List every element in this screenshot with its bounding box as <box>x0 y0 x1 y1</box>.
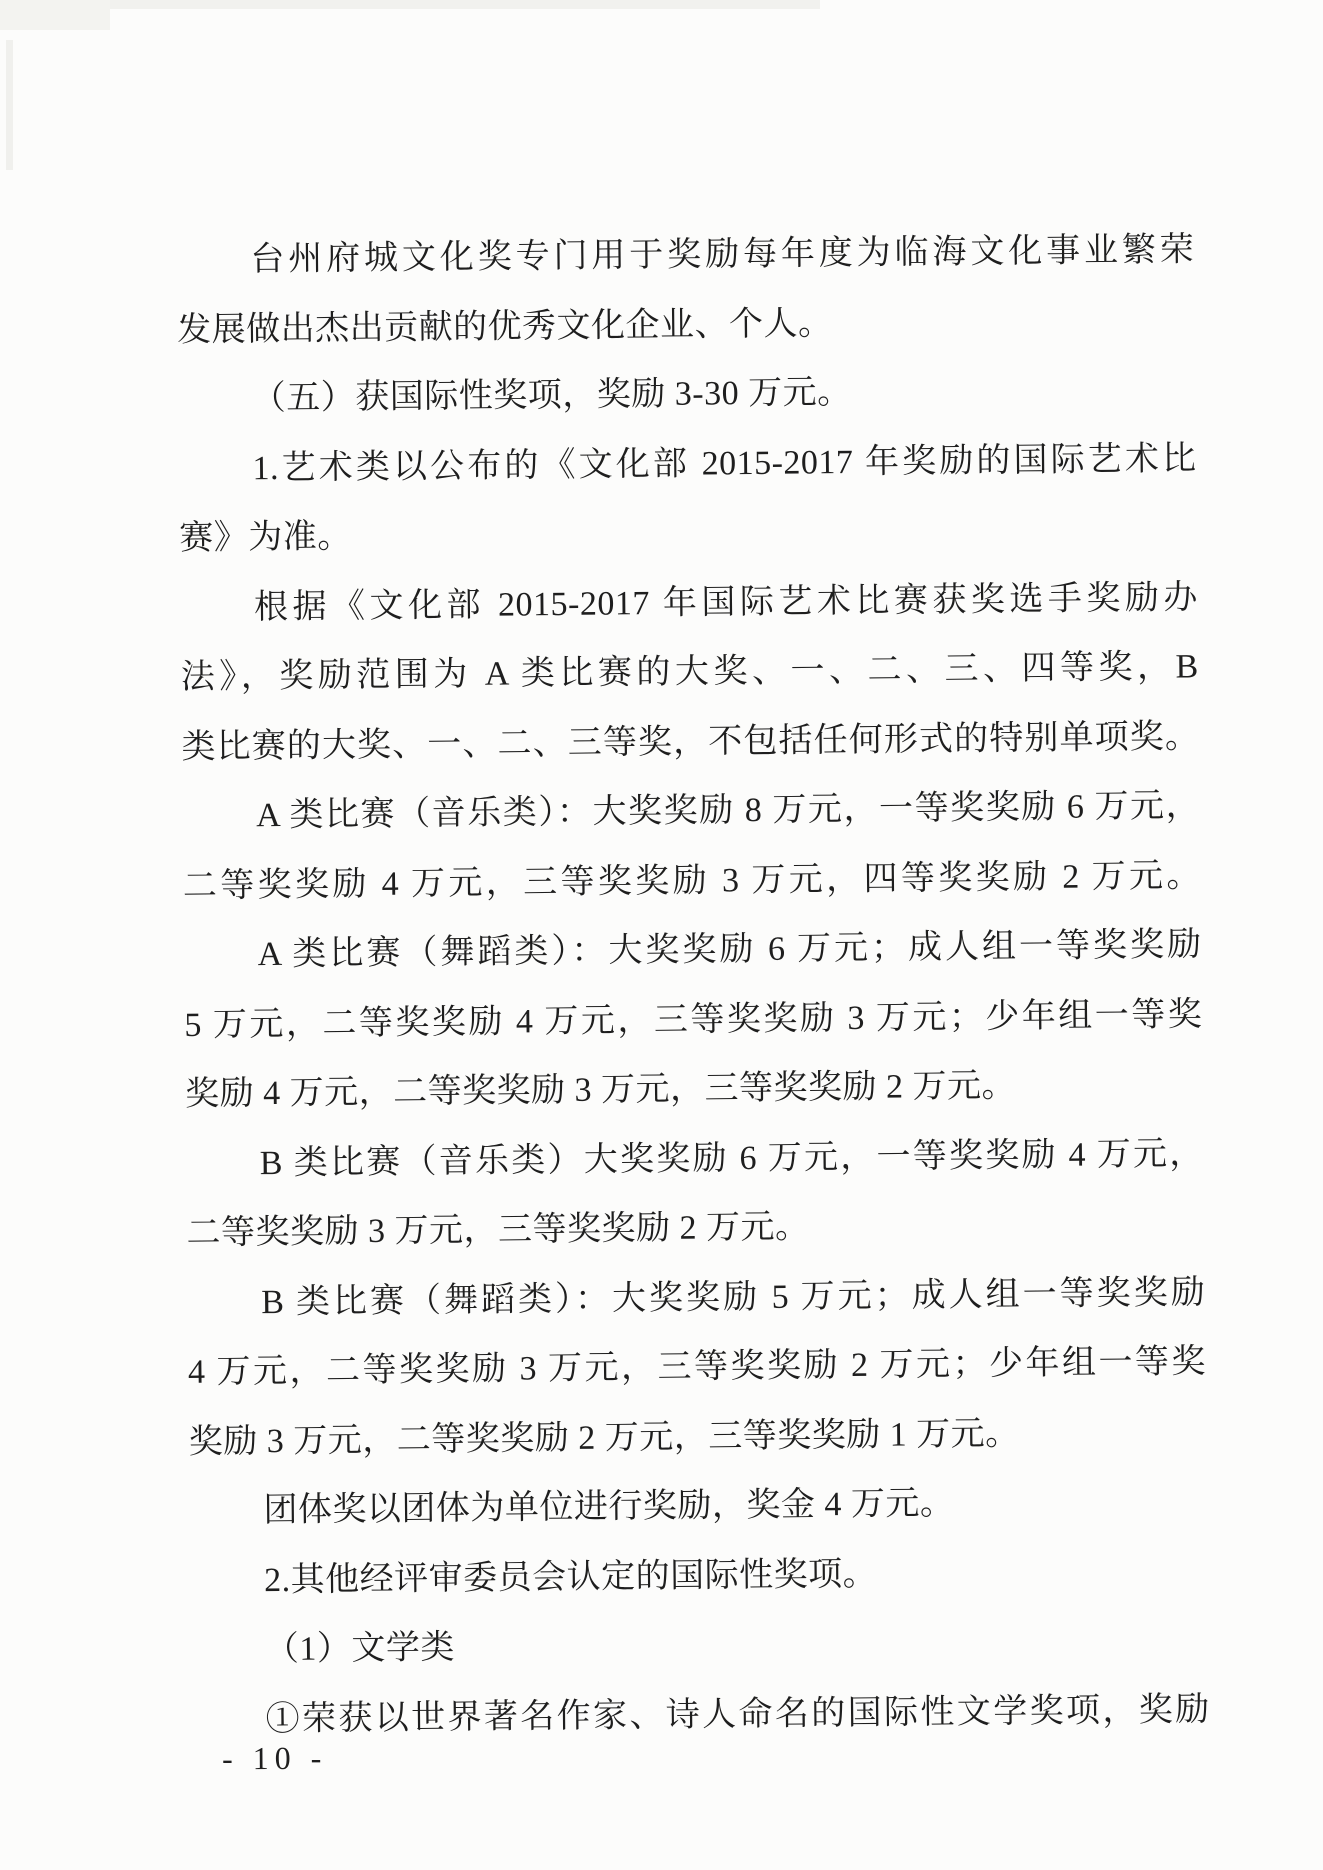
text-line: 赛》为准。 <box>179 493 1198 573</box>
text-line: （五）获国际性奖项，奖励 3-30 万元。 <box>177 354 1196 434</box>
text-line: 4 万元，二等奖奖励 3 万元，三等奖奖励 2 万元；少年组一等奖 <box>188 1327 1207 1407</box>
text-line: A 类比赛（舞蹈类）：大奖奖励 6 万元；成人组一等奖奖励 <box>183 910 1202 990</box>
scan-smudge-artifact <box>6 40 13 170</box>
text-line: ①荣获以世界著名作家、诗人命名的国际性文学奖项，奖励 <box>191 1675 1210 1755</box>
text-line: 根据《文化部 2015-2017 年国际艺术比赛获奖选手奖励办 <box>180 563 1199 643</box>
text-line: 发展做出杰出贡献的优秀文化企业、个人。 <box>177 285 1196 365</box>
text-line: 二等奖奖励 3 万元，三等奖奖励 2 万元。 <box>186 1188 1205 1268</box>
document-page: 台州府城文化奖专门用于奖励每年度为临海文化事业繁荣 发展做出杰出贡献的优秀文化企… <box>176 215 1210 1755</box>
scan-edge-artifact <box>0 0 820 9</box>
text-line: 台州府城文化奖专门用于奖励每年度为临海文化事业繁荣 <box>176 215 1195 295</box>
text-line: 法》，奖励范围为 A 类比赛的大奖、一、二、三、四等奖，B <box>180 632 1199 712</box>
text-line: 1.艺术类以公布的《文化部 2015-2017 年奖励的国际艺术比 <box>178 424 1197 504</box>
text-line: 奖励 3 万元，二等奖奖励 2 万元，三等奖奖励 1 万元。 <box>188 1397 1207 1477</box>
text-line: 奖励 4 万元，二等奖奖励 3 万元，三等奖奖励 2 万元。 <box>185 1049 1204 1129</box>
text-line: B 类比赛（舞蹈类）：大奖奖励 5 万元；成人组一等奖奖励 <box>187 1258 1206 1338</box>
page-number: - 10 - <box>222 1740 328 1778</box>
text-line: 5 万元，二等奖奖励 4 万元，三等奖奖励 3 万元；少年组一等奖 <box>184 980 1203 1060</box>
text-line: A 类比赛（音乐类）：大奖奖励 8 万元，一等奖奖励 6 万元， <box>182 771 1201 851</box>
scan-corner-artifact <box>0 0 110 30</box>
text-line: 团体奖以团体为单位进行奖励，奖金 4 万元。 <box>189 1466 1208 1546</box>
text-line: 二等奖奖励 4 万元，三等奖奖励 3 万元，四等奖奖励 2 万元。 <box>183 841 1202 921</box>
text-line: 类比赛的大奖、一、二、三等奖，不包括任何形式的特别单项奖。 <box>181 702 1200 782</box>
text-line: B 类比赛（音乐类）大奖奖励 6 万元，一等奖奖励 4 万元， <box>185 1119 1204 1199</box>
text-line: 2.其他经评审委员会认定的国际性奖项。 <box>190 1536 1209 1616</box>
text-line: （1）文学类 <box>191 1605 1210 1685</box>
